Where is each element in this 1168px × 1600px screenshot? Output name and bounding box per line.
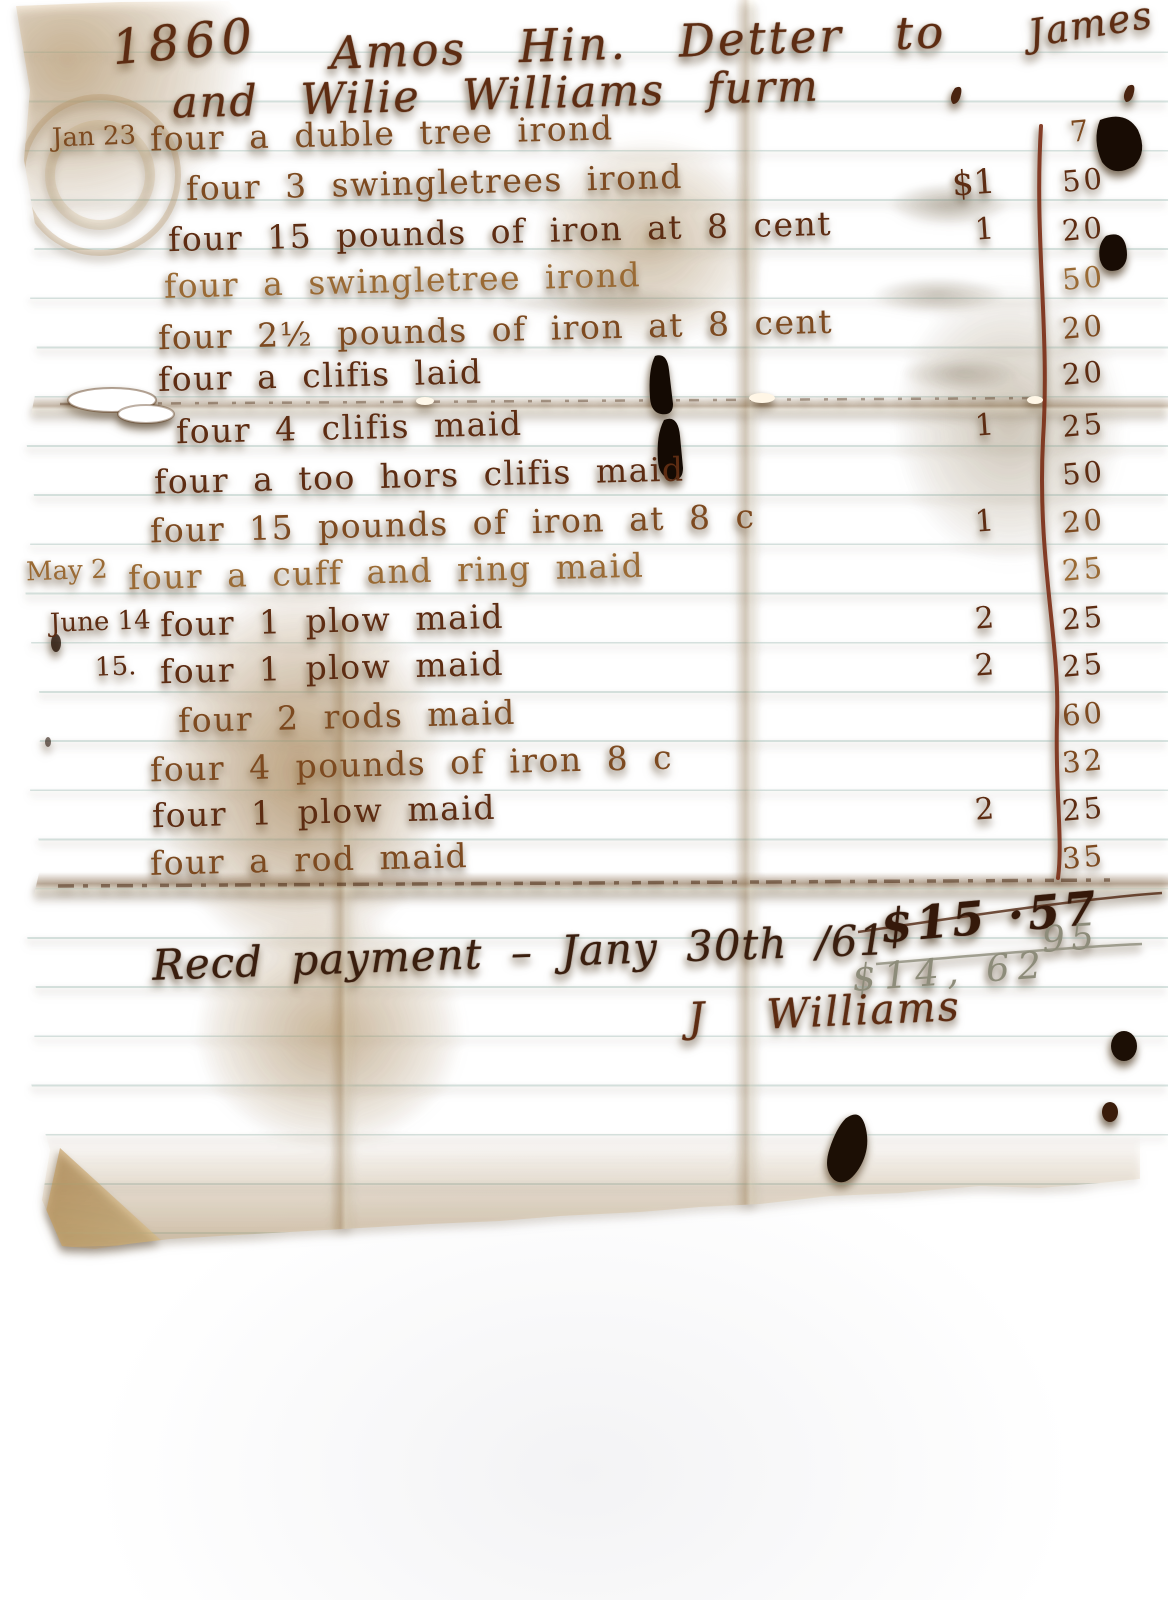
- entry-cents: 20: [1061, 210, 1107, 248]
- ledger-row: four 2 rods maid 60: [0, 697, 1168, 745]
- ink-blot: [1102, 1102, 1118, 1122]
- entry-cents: 50: [1061, 454, 1107, 492]
- entry-cents: 25: [1061, 790, 1107, 828]
- ledger-row: 15. four 1 plow maid 2 25: [0, 648, 1168, 696]
- ledger-row: four 15 pounds of iron at 8 c 1 20: [0, 504, 1168, 552]
- entry-cents: 25: [1061, 646, 1107, 684]
- entry-desc: four 15 pounds of iron at 8 c: [150, 497, 756, 551]
- entry-dollars: 1: [974, 503, 995, 539]
- year: 1860: [110, 8, 260, 77]
- entry-desc: four 15 pounds of iron at 8 cent: [168, 204, 833, 259]
- ledger-row: Jan 23 four a duble tree irond 7: [0, 114, 1168, 162]
- pencil-partial-figure: 95: [1041, 916, 1102, 961]
- entry-cents: 60: [1061, 695, 1107, 733]
- entry-dollars: 1: [974, 407, 995, 443]
- ledger-row: four a rod maid 35: [0, 840, 1168, 888]
- paper-shadow: 1860 Amos Hin. Detter to James and Wilie…: [0, 0, 1168, 1600]
- ledger-title-right: James: [1025, 0, 1156, 56]
- entry-desc: four 2 rods maid: [178, 693, 517, 740]
- entry-cents: 35: [1061, 838, 1107, 876]
- ledger-row: four 4 pounds of iron 8 c 32: [0, 744, 1168, 792]
- ledger-row: four 2½ pounds of iron at 8 cent 20: [0, 310, 1168, 358]
- payment-receipt-line: Recd payment – Jany 30th /61: [151, 915, 887, 990]
- entry-cents: 50: [1061, 161, 1107, 199]
- entry-desc: four a swingletree irond: [164, 255, 642, 306]
- entry-desc: four 4 clifis maid: [176, 404, 523, 451]
- entry-cents: 20: [1061, 502, 1107, 540]
- entry-desc: four a clifis laid: [158, 352, 483, 399]
- entry-dollars: 2: [974, 647, 995, 683]
- entry-desc: four 3 swingletrees irond: [186, 157, 684, 208]
- entry-desc: four 1 plow maid: [152, 788, 497, 835]
- entry-desc: four a rod maid: [150, 836, 469, 883]
- entry-cents: 50: [1061, 259, 1107, 297]
- entry-dollars: 2: [974, 600, 995, 636]
- ink-comma-mark: [951, 87, 961, 104]
- entry-dollars: 1: [974, 211, 995, 247]
- ledger-row: four a swingletree irond 50: [0, 261, 1168, 309]
- ledger-row: four 3 swingletrees irond $1 50: [0, 163, 1168, 211]
- ledger-paper-sheet: 1860 Amos Hin. Detter to James and Wilie…: [0, 0, 1168, 1600]
- ink-comma-mark: [1124, 85, 1134, 102]
- entry-cents: 25: [1061, 550, 1107, 588]
- ledger-row: June 14 four 1 plow maid 2 25: [0, 601, 1168, 649]
- entry-dollars: $1: [951, 162, 997, 205]
- entry-date: 15.: [94, 651, 136, 682]
- ink-blot: [821, 1110, 877, 1187]
- entry-desc: four 4 pounds of iron 8 c: [150, 738, 674, 790]
- entry-cents: 32: [1061, 742, 1107, 780]
- entry-desc: four a duble tree irond: [150, 108, 614, 158]
- entry-cents: 20: [1061, 354, 1107, 392]
- entry-dollars: 2: [974, 791, 995, 827]
- ledger-row: four 4 clifis maid 1 25: [0, 408, 1168, 456]
- ledger-row: May 2 four a cuff and ring maid 25: [0, 552, 1168, 600]
- entry-cents: 7: [1069, 113, 1093, 149]
- entry-date: Jan 23: [52, 121, 137, 154]
- ledger-row: four a clifis laid 20: [0, 356, 1168, 404]
- entry-desc: four a cuff and ring maid: [128, 546, 645, 598]
- entry-cents: 25: [1061, 599, 1107, 637]
- signature: J Williams: [687, 982, 962, 1042]
- entry-desc: four 1 plow maid: [160, 644, 505, 691]
- entry-desc: four a too hors clifis maid: [154, 450, 685, 502]
- ledger-row: four a too hors clifis maid 50: [0, 456, 1168, 504]
- folded-corner: [30, 1148, 170, 1252]
- entry-desc: four 1 plow maid: [160, 597, 505, 644]
- ledger-row: four 15 pounds of iron at 8 cent 1 20: [0, 212, 1168, 260]
- entry-cents: 20: [1061, 308, 1107, 346]
- age-stain: [40, 1130, 1140, 1250]
- entry-cents: 25: [1061, 406, 1107, 444]
- ink-blot: [1111, 1031, 1137, 1061]
- entry-date: June 14: [50, 605, 152, 638]
- ledger-row: four 1 plow maid 2 25: [0, 792, 1168, 840]
- entry-date: May 2: [26, 555, 109, 588]
- entry-desc: four 2½ pounds of iron at 8 cent: [158, 302, 834, 357]
